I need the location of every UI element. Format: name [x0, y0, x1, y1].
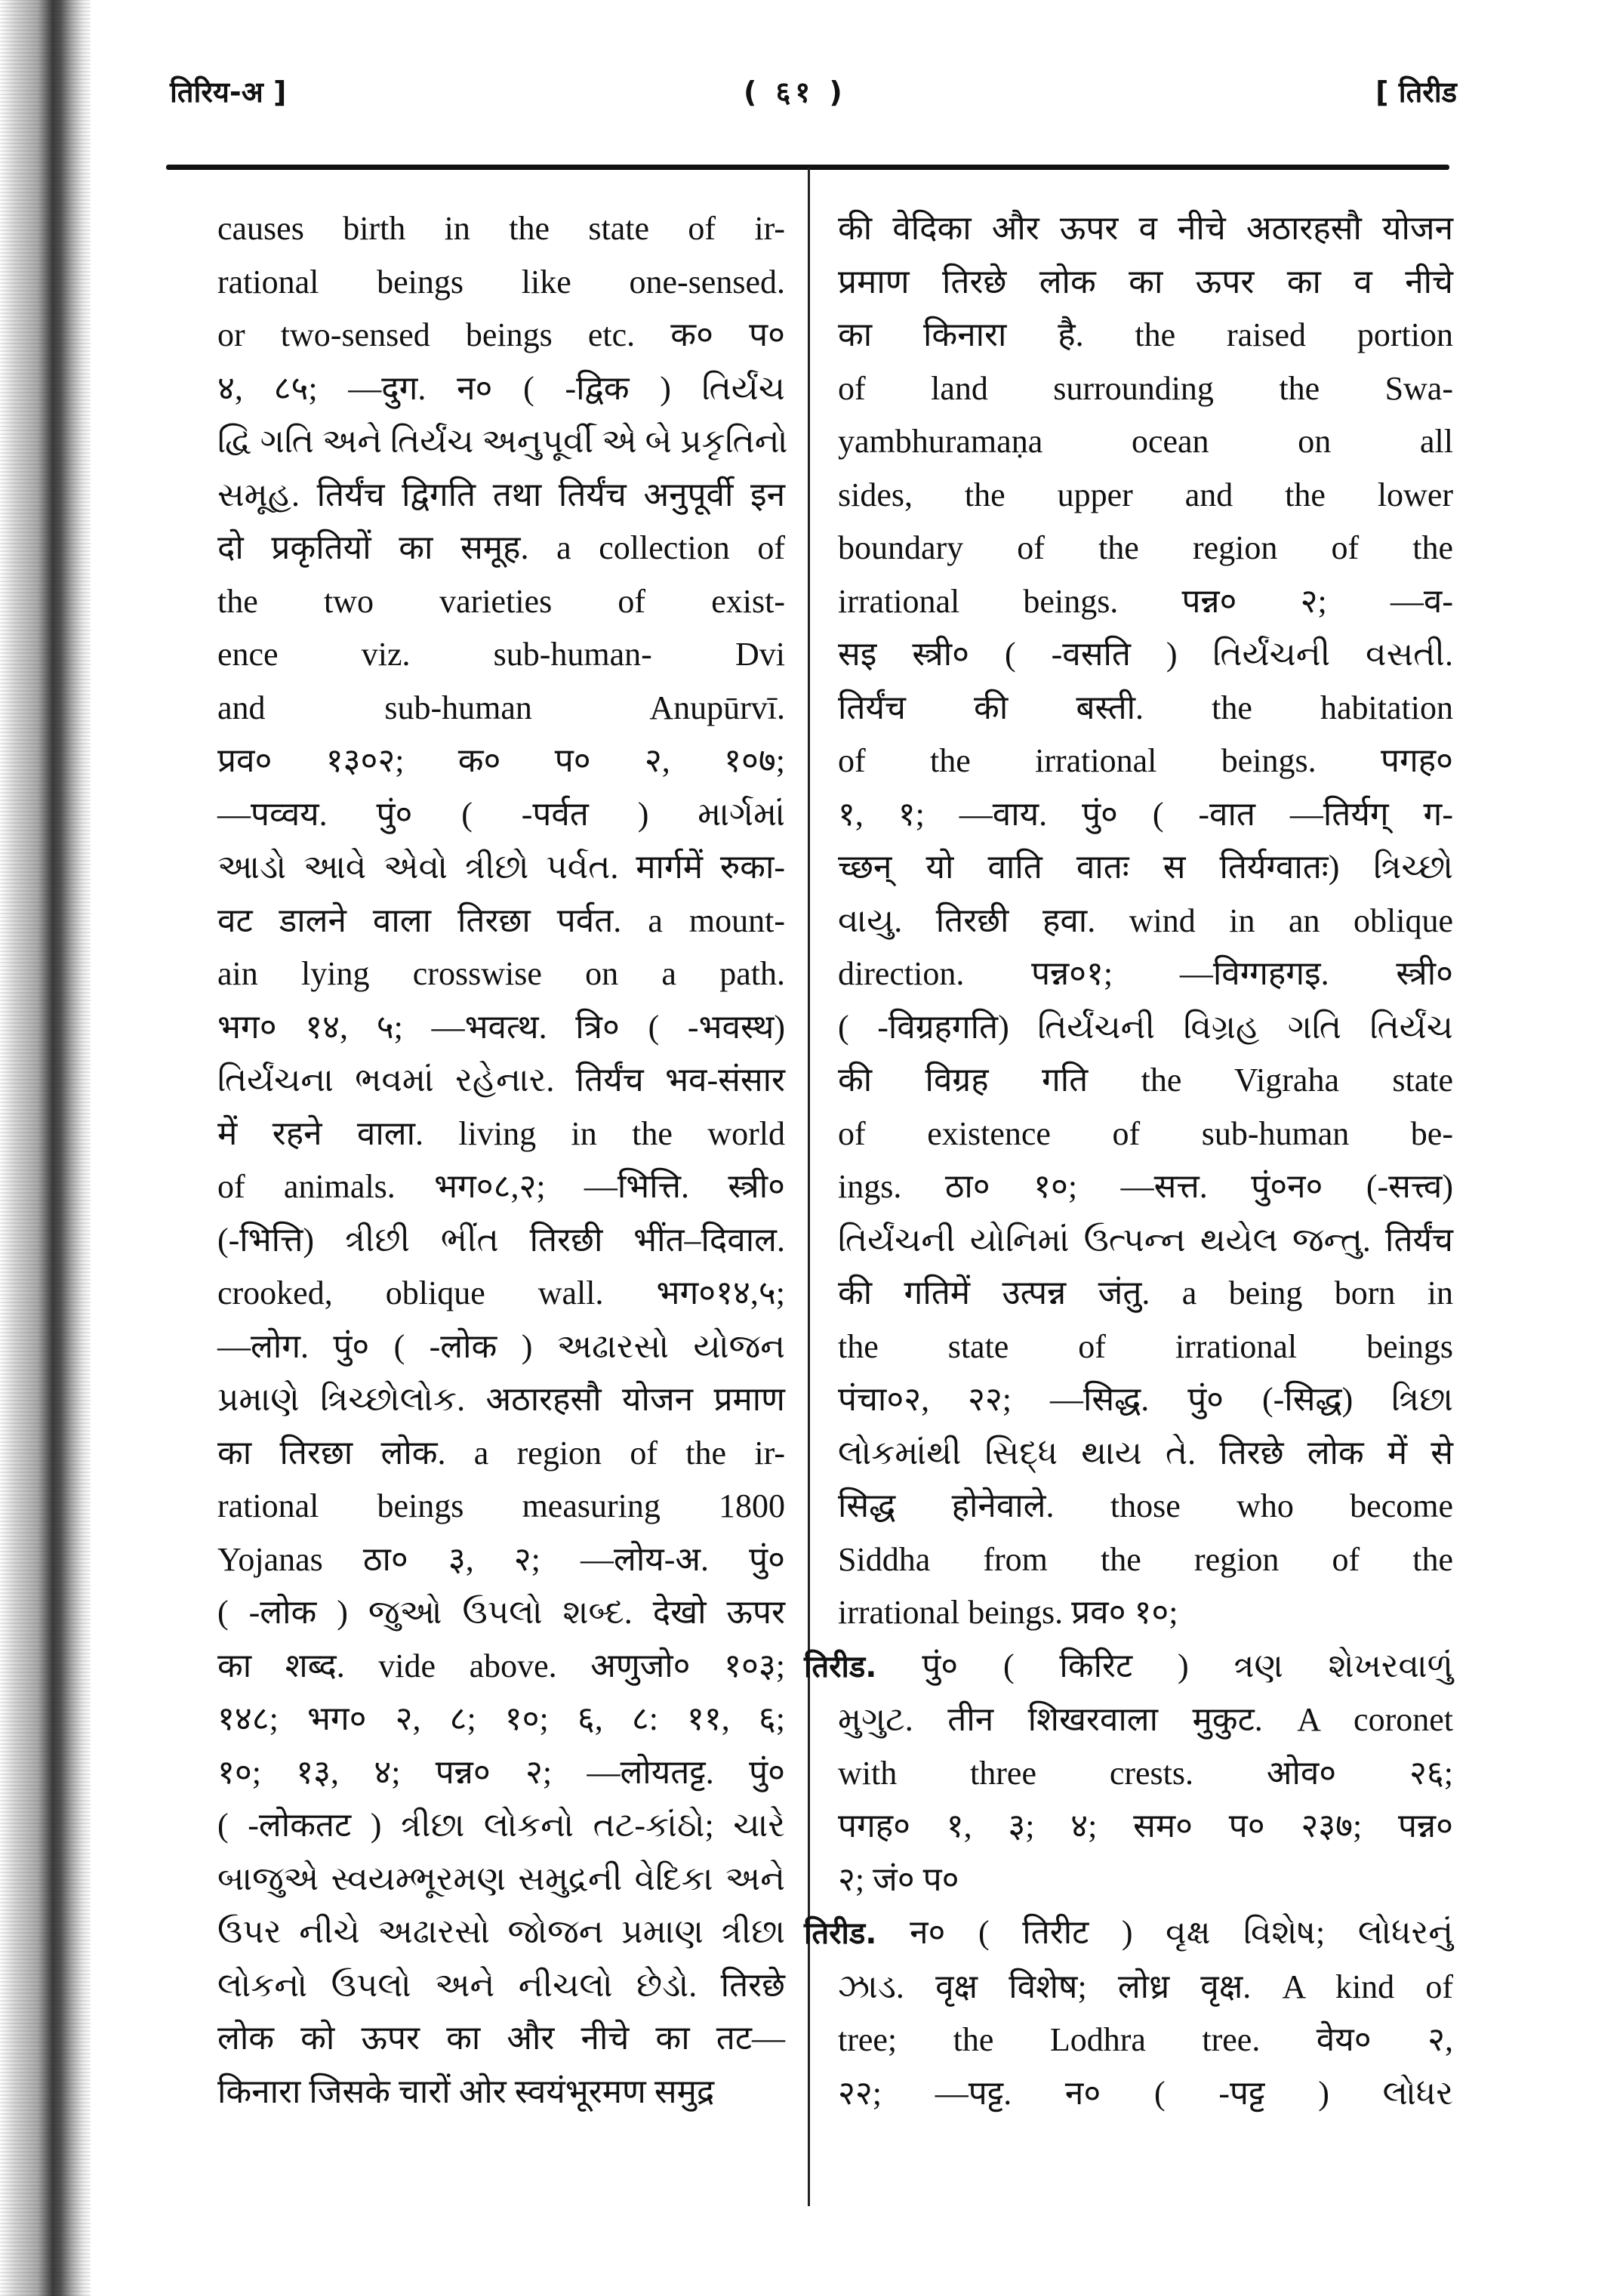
text-line: બાજુએ સ્વયમ્ભૂરમણ સમુદ્રની વેદિકા અને: [217, 1853, 785, 1906]
text-line: the state of irrational beings: [838, 1321, 1453, 1374]
text-line: ( -लोकतट ) ત્રીછા લોકનો તટ-કાંઠો; ચારે: [217, 1799, 785, 1853]
text-line: वट डालने वाला तिरछा पर्वत. a mount-: [217, 895, 785, 948]
dictionary-entry-tirida-masc: तिरीड. पुं० ( किरिट ) ત્રણ શેખરવાળું મુગ…: [838, 1640, 1453, 1907]
text-line: with three crests. ओव० २६;: [838, 1747, 1453, 1801]
text-line: का किनारा है. the raised portion: [838, 309, 1453, 362]
text-line: ( -विग्रहगति) તિર્યંચની વિગ્રહ ગતિ તિર્ય…: [838, 1001, 1453, 1055]
text-line: મુગુટ. तीन शिखरवाला मुकुट. A coronet: [838, 1693, 1453, 1747]
text-line: or two-sensed beings etc. क० प०: [217, 309, 785, 362]
text-line: प्रव० १३०२; क० प० २, १०७;: [217, 735, 785, 788]
running-head: तिरिय-अ ] ( ६१ ) [ तिरीड: [170, 72, 1457, 125]
text-line: का तिरछा लोक. a region of the ir-: [217, 1427, 785, 1481]
text-line: १४८; भग० २, ८; १०; ६, ८: ११, ६;: [217, 1693, 785, 1746]
text-line: irrational beings. प्रव० १०;: [838, 1586, 1453, 1640]
text-line: १, १; —वाय. पुं० ( -वात —तिर्यग् ग-: [838, 788, 1453, 842]
headword: तिरीड.: [804, 1916, 876, 1951]
text-line: લોકનો ઉપલો અને નીચલો છેડો. तिरछे: [217, 1959, 785, 2013]
dictionary-entry-tirida-neut: तिरीड. न० ( तिरीट ) વૃક્ષ વિશેષ; લોધરનું…: [838, 1906, 1453, 2120]
text-line: पंचा०२, २२; —सिद्ध. पुं० (-सिद्ध) ત્રિછા: [838, 1373, 1453, 1427]
text-line: ઝાડ. वृक्ष विशेष; लोध्र वृक्ष. A kind of: [838, 1961, 1453, 2014]
text-line: ४, ८५; —दुग. न० ( -द्विक ) તિર્યંચ: [217, 362, 785, 416]
entry-first-line: तिरीड. पुं० ( किरिट ) ત્રણ શેખરવાળું: [804, 1640, 1453, 1694]
text-line: लोक को ऊपर का और नीचे का तट—: [217, 2012, 785, 2066]
left-column: causes birth in the state of ir- rationa…: [217, 202, 785, 2119]
text-line: rational beings like one-sensed.: [217, 256, 785, 310]
scanned-binding-shadow: [0, 0, 91, 2296]
text-line: of the irrational beings. पगह०: [838, 735, 1453, 788]
text-line: ( -लोक ) જુઓ ઉપલો શબ્દ. देखो ऊपर: [217, 1586, 785, 1640]
column-divider: [808, 168, 810, 2206]
text-line: crooked, oblique wall. भग०१४,५;: [217, 1267, 785, 1321]
page-number: ( ६१ ): [744, 72, 847, 111]
text-line: २; जं० प०: [838, 1854, 1453, 1907]
entry-text: न० ( तिरीट ) વૃક્ષ વિશેષ; લોધરનું: [910, 1914, 1453, 1951]
text-line: २२; —पट्ट. न० ( -पट्ट ) લોધર: [838, 2067, 1453, 2121]
text-line: तिर्यंच की बस्ती. the habitation: [838, 682, 1453, 735]
text-line: Yojanas ठा० ३, २; —लोय-अ. पुं०: [217, 1533, 785, 1587]
text-line: का शब्द. vide above. अणुजो० १०३;: [217, 1640, 785, 1693]
headword: तिरीड.: [804, 1650, 876, 1684]
text-line: rational beings measuring 1800: [217, 1480, 785, 1533]
text-line: સમૂહ. तिर्यंच द्विगति तथा तिर्यंच अनुपूर…: [217, 469, 785, 522]
text-line: ings. ठा० १०; —सत्त. पुं०न० (-सत्त्व): [838, 1160, 1453, 1214]
running-head-left: तिरिय-अ ]: [170, 72, 286, 111]
text-line: —लोग. पुं० ( -लोक ) અઢારસો યોજન: [217, 1321, 785, 1374]
text-line: sides, the upper and the lower: [838, 469, 1453, 522]
text-line: पगह० १, ३; ४; सम० प० २३७; पन्न०: [838, 1800, 1453, 1854]
text-line: causes birth in the state of ir-: [217, 202, 785, 256]
text-line: the two varieties of exist-: [217, 575, 785, 629]
right-column: की वेदिका और ऊपर व नीचे अठारहसौ योजन प्र…: [838, 202, 1453, 2120]
text-line: ain lying crosswise on a path.: [217, 948, 785, 1001]
text-line: की विग्रह गति the Vigraha state: [838, 1054, 1453, 1108]
text-line: १०; १३, ४; पन्न० २; —लोयतट्ट. पुं०: [217, 1746, 785, 1800]
text-line: सइ स्त्री० ( -वसति ) તિર્યંચની વસતી.: [838, 628, 1453, 682]
text-line: boundary of the region of the: [838, 522, 1453, 575]
text-line: લોકમાંથી સિદ્ધ થાય તે. तिरछे लोक में से: [838, 1427, 1453, 1481]
text-line: में रहने वाला. living in the world: [217, 1108, 785, 1161]
text-line: tree; the Lodhra tree. वेय० २,: [838, 2014, 1453, 2067]
text-line: की वेदिका और ऊपर व नीचे अठारहसौ योजन: [838, 202, 1453, 256]
text-line: ence viz. sub-human- Dvi: [217, 628, 785, 682]
text-line: direction. पन्न०१; —विग्गहगइ. स्त्री०: [838, 948, 1453, 1001]
text-line: दो प्रकृतियों का समूह. a collection of: [217, 522, 785, 575]
entry-text: पुं० ( किरिट ) ત્રણ શેખરવાળું: [922, 1647, 1453, 1684]
text-line: irrational beings. पन्न० २; —व-: [838, 575, 1453, 629]
text-line: ઉપર નીચે અઢારસો જોજન પ્રમાણ ત્રીછા: [217, 1906, 785, 1959]
text-line: of existence of sub-human be-: [838, 1108, 1453, 1161]
text-line: भग० १४, ५; —भवत्थ. त्रि० ( -भवस्थ): [217, 1001, 785, 1055]
text-line: yambhuramaṇa ocean on all: [838, 415, 1453, 469]
entry-first-line: तिरीड. न० ( तिरीट ) વૃક્ષ વિશેષ; લોધરનું: [804, 1906, 1453, 1961]
text-line: દ્વિ ગતિ અને તિર્યંચ અનુપૂર્વી એ બે પ્રક…: [217, 415, 785, 469]
text-line: प्रमाण तिरछे लोक का ऊपर का व नीचे: [838, 256, 1453, 310]
text-line: Siddha from the region of the: [838, 1533, 1453, 1587]
text-line: આડો આવે એવો ત્રીછો પર્વત. मार्गमें रुका-: [217, 841, 785, 895]
text-line: of animals. भग०८,२; —भित्ति. स्त्री०: [217, 1160, 785, 1214]
text-line: —पव्वय. पुं० ( -पर्वत ) માર્ગમાં: [217, 788, 785, 842]
text-line: વાયુ. तिरछी हवा. wind in an oblique: [838, 895, 1453, 948]
text-line: (-भित्ति) ત્રીછી ભીંત तिरछी भींत–दिवाल.: [217, 1214, 785, 1268]
text-line: की गतिमें उत्पन्न जंतु. a being born in: [838, 1267, 1453, 1321]
text-line: તિર્યંચના ભવમાં રહેનાર. तिर्यंच भव-संसार: [217, 1054, 785, 1108]
text-line: તિર્યંચની યોનિમાં ઉત્પન્ન થયેલ જન્તુ. ति…: [838, 1214, 1453, 1268]
text-line: and sub-human Anupūrvī.: [217, 682, 785, 735]
text-line: किनारा जिसके चारों ओर स्वयंभूरमण समुद्र: [217, 2066, 785, 2119]
text-line: પ્રમાણે ત્રિચ્છોલોક. अठारहसौ योजन प्रमाण: [217, 1373, 785, 1427]
text-line: of land surrounding the Swa-: [838, 362, 1453, 416]
text-line: सिद्ध होनेवाले. those who become: [838, 1480, 1453, 1533]
running-head-right: [ तिरीड: [1375, 72, 1457, 111]
text-line: च्छन् यो वाति वातः स तिर्यग्वातः) ત્રિચ્…: [838, 841, 1453, 895]
